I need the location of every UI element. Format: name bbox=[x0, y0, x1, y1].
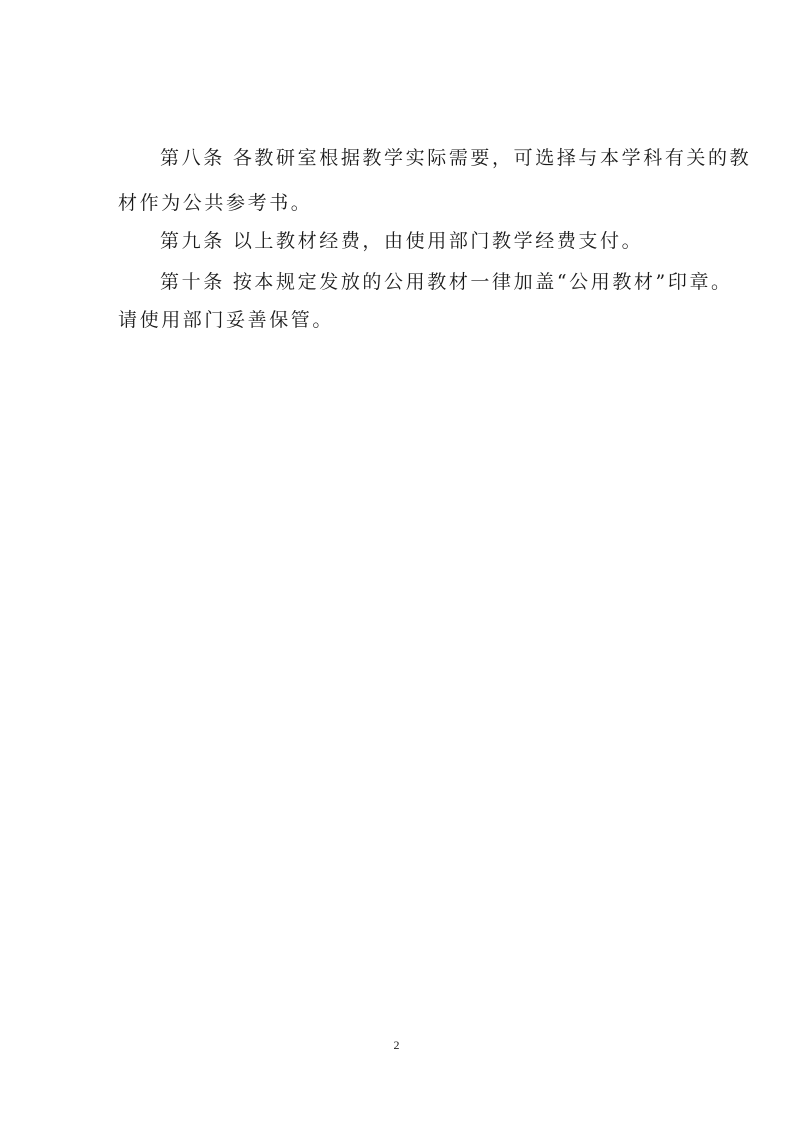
article-10-text-line-1: 按本规定发放的公用教材一律加盖“公用教材”印章。 bbox=[233, 271, 733, 293]
page-number: 2 bbox=[0, 1038, 793, 1053]
article-8-text-line-2: 材作为公共参考书。 bbox=[118, 192, 312, 214]
article-10-text-line-2: 请使用部门妥善保管。 bbox=[118, 309, 334, 331]
article-9-line-1: 第九条以上教材经费，由使用部门教学经费支付。 bbox=[160, 229, 643, 253]
article-8-number: 第八条 bbox=[160, 147, 225, 169]
article-8-line-1: 第八条各教研室根据教学实际需要，可选择与本学科有关的教 bbox=[160, 146, 751, 170]
article-9-text-line-1: 以上教材经费，由使用部门教学经费支付。 bbox=[233, 230, 643, 252]
article-10-number: 第十条 bbox=[160, 271, 225, 293]
document-page: 第八条各教研室根据教学实际需要，可选择与本学科有关的教 材作为公共参考书。 第九… bbox=[0, 0, 793, 1122]
article-8-text-line-1: 各教研室根据教学实际需要，可选择与本学科有关的教 bbox=[233, 147, 751, 169]
article-10-line-2: 请使用部门妥善保管。 bbox=[118, 308, 334, 332]
article-9-number: 第九条 bbox=[160, 230, 225, 252]
article-8-line-2: 材作为公共参考书。 bbox=[118, 191, 312, 215]
article-10-line-1: 第十条按本规定发放的公用教材一律加盖“公用教材”印章。 bbox=[160, 270, 733, 294]
